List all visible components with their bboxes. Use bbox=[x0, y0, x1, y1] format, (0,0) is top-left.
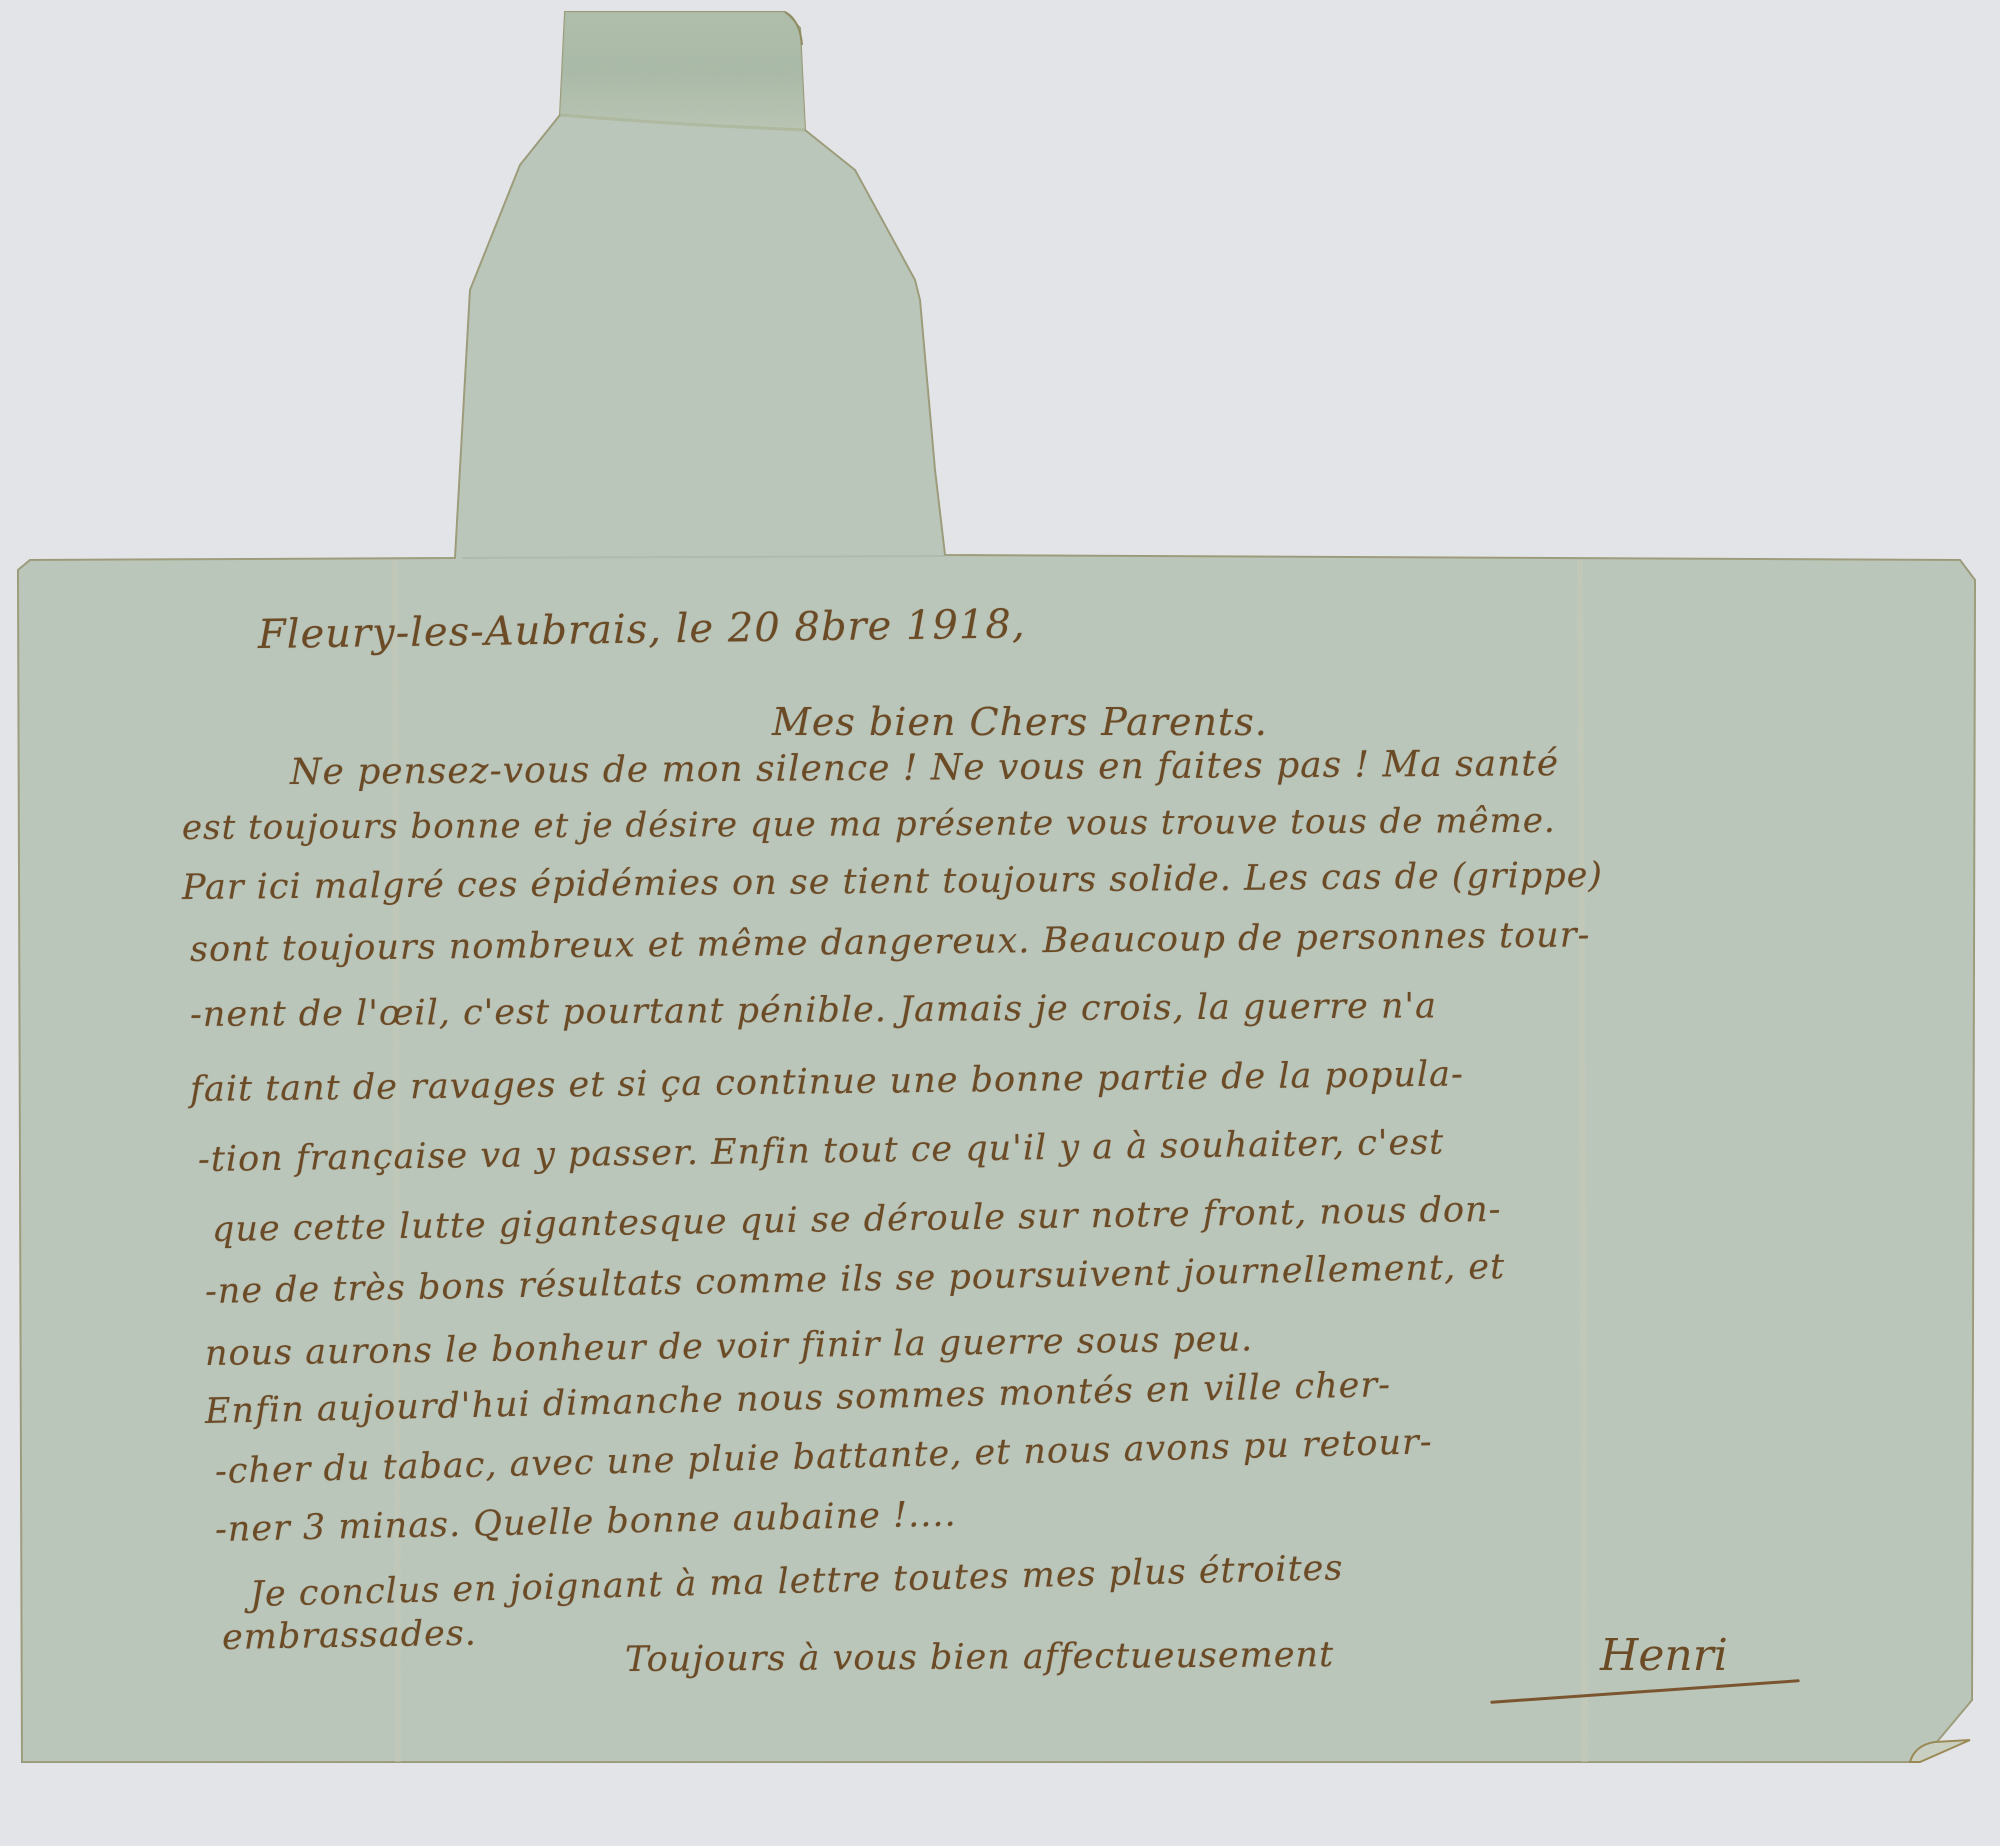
letter-line: est toujours bonne et je désire que ma p… bbox=[182, 801, 1556, 848]
letter-line: que cette lutte gigantesque qui se dérou… bbox=[212, 1190, 1502, 1250]
letter-line: -nent de l'œil, c'est pourtant pénible. … bbox=[190, 986, 1437, 1035]
letter-line: Par ici malgré ces épidémies on se tient… bbox=[182, 856, 1603, 908]
letter-line: sont toujours nombreux et même dangereux… bbox=[190, 915, 1591, 970]
letter-line: -ne de très bons résultats comme ils se … bbox=[205, 1247, 1506, 1312]
letter-line: fait tant de ravages et si ça continue u… bbox=[190, 1054, 1464, 1110]
signature: Henri bbox=[1600, 1630, 1728, 1681]
letter-line: Enfin aujourd'hui dimanche nous sommes m… bbox=[205, 1365, 1392, 1432]
salutation: Mes bien Chers Parents. bbox=[772, 700, 1268, 744]
signature-flourish bbox=[1490, 1679, 1799, 1704]
letter-line: nous aurons le bonheur de voir finir la … bbox=[205, 1319, 1254, 1374]
letter-line: embrassades. bbox=[222, 1614, 478, 1658]
letter-line: Je conclus en joignant à ma lettre toute… bbox=[250, 1548, 1344, 1615]
letter-line: -tion française va y passer. Enfin tout … bbox=[198, 1123, 1445, 1180]
letter-card: Fleury-les-Aubrais, le 20 8bre 1918, Mes… bbox=[0, 0, 2000, 1846]
place-date-line: Fleury-les-Aubrais, le 20 8bre 1918, bbox=[258, 601, 1026, 658]
letter-line: -cher du tabac, avec une pluie battante,… bbox=[215, 1422, 1434, 1492]
closing-line: Toujours à vous bien affectueusement bbox=[625, 1635, 1334, 1680]
letter-line: -ner 3 minas. Quelle bonne aubaine !.... bbox=[215, 1494, 957, 1550]
letter-body: Fleury-les-Aubrais, le 20 8bre 1918, Mes… bbox=[0, 0, 2000, 1846]
letter-line: Ne pensez-vous de mon silence ! Ne vous … bbox=[290, 743, 1559, 793]
